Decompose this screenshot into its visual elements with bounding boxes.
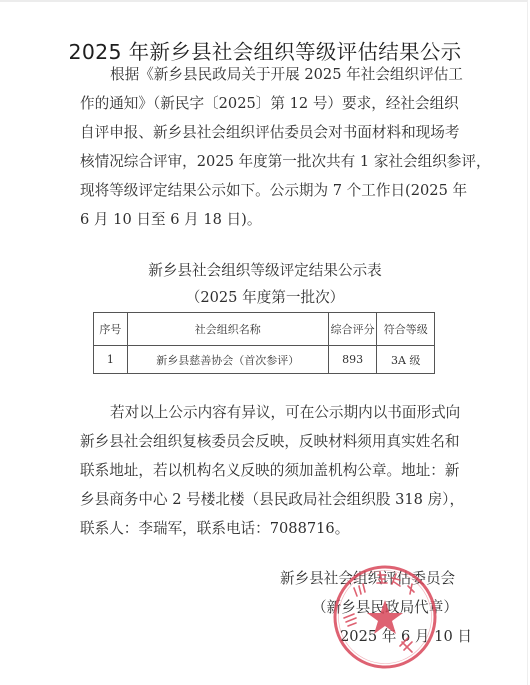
text-line: 核情况综合评审，2025 年度第一批次共有 1 家社会组织参评， bbox=[80, 147, 448, 176]
header-grade: 符合等级 bbox=[377, 313, 435, 346]
cell-index: 1 bbox=[94, 346, 128, 374]
signature-date: 2025 年 6 月 10 日 bbox=[340, 625, 472, 646]
text-line: 联系人：李瑞军，联系电话：7088716。 bbox=[80, 514, 448, 543]
header-index: 序号 bbox=[94, 313, 128, 346]
table-title: 新乡县社会组织等级评定结果公示表 bbox=[0, 259, 530, 280]
cell-org-name: 新乡县慈善协会（首次参评） bbox=[127, 346, 328, 374]
text-line: 乡县商务中心 2 号楼北楼（县民政局社会组织股 318 房）， bbox=[80, 485, 448, 514]
text-line: 联系地址，若以机构名义反映的须加盖机构公章。地址：新 bbox=[80, 456, 448, 485]
signature-seal-note: （新乡县民政局代章） bbox=[312, 596, 458, 617]
text-line: 现将等级评定结果公示如下。公示期为 7 个工作日(2025 年 bbox=[80, 176, 448, 205]
text-line: 自评申报、新乡县社会组织评估委员会对书面材料和现场考 bbox=[80, 118, 448, 147]
objection-paragraph: 若对以上公示内容有异议，可在公示期内以书面形式向 新乡县社会组织复核委员会反映，… bbox=[80, 398, 448, 543]
intro-paragraph: 根据《新乡县民政局关于开展 2025 年社会组织评估工 作的通知》（新民字〔20… bbox=[80, 60, 448, 234]
text-line: 若对以上公示内容有异议，可在公示期内以书面形式向 bbox=[80, 398, 448, 427]
cell-score: 893 bbox=[328, 346, 377, 374]
text-line: 作的通知》（新民字〔2025〕第 12 号）要求，经社会组织 bbox=[80, 89, 448, 118]
text-line: 根据《新乡县民政局关于开展 2025 年社会组织评估工 bbox=[80, 60, 448, 89]
table-header-row: 序号 社会组织名称 综合评分 符合等级 bbox=[94, 313, 435, 346]
header-score: 综合评分 bbox=[328, 313, 377, 346]
text-line: 6 月 10 日至 6 月 18 日)。 bbox=[80, 205, 448, 234]
document-page: 2025 年新乡县社会组织等级评估结果公示 根据《新乡县民政局关于开展 2025… bbox=[0, 0, 528, 685]
table-subtitle: （2025 年度第一批次） bbox=[0, 286, 530, 307]
table-row: 1 新乡县慈善协会（首次参评） 893 3A 级 bbox=[94, 346, 435, 374]
result-table: 序号 社会组织名称 综合评分 符合等级 1 新乡县慈善协会（首次参评） 893 … bbox=[93, 312, 435, 374]
signature-organization: 新乡县社会组织评估委员会 bbox=[280, 567, 455, 588]
header-org-name: 社会组织名称 bbox=[127, 313, 328, 346]
cell-grade: 3A 级 bbox=[377, 346, 435, 374]
text-line: 新乡县社会组织复核委员会反映，反映材料须用真实姓名和 bbox=[80, 427, 448, 456]
